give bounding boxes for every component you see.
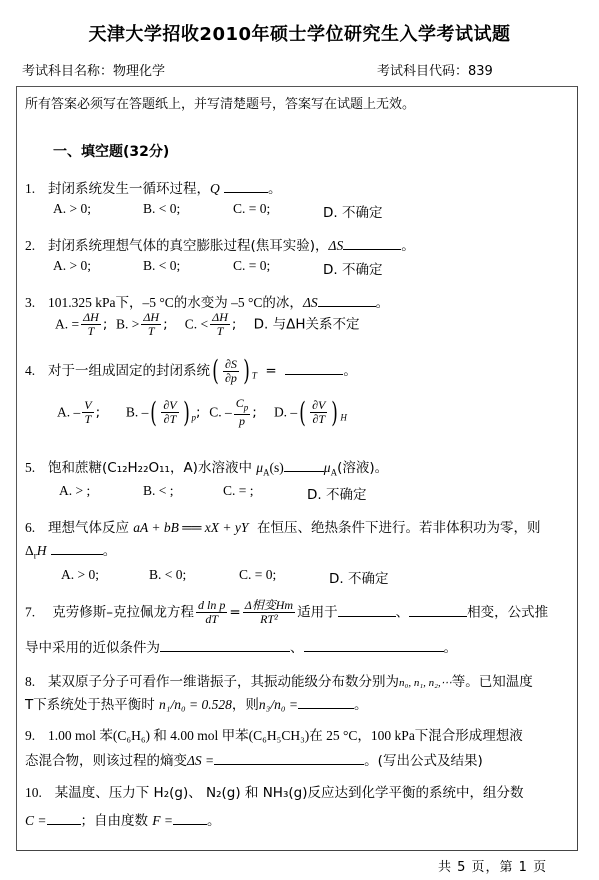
subject-name: 考试科目名称：物理化学: [22, 60, 165, 79]
question-4: 4. 对于一组成固定的封闭系统(∂S∂p)T = 。: [25, 357, 357, 385]
q6-option-c: C. = 0;: [239, 567, 276, 583]
answer-blank[interactable]: [47, 811, 81, 825]
answer-blank[interactable]: [224, 179, 268, 193]
q2-option-b: B. < 0;: [143, 258, 180, 274]
answer-blank[interactable]: [214, 751, 364, 765]
q2-option-d: D. 不确定: [323, 258, 382, 278]
answer-blank[interactable]: [409, 603, 467, 617]
q1-option-c: C. = 0;: [233, 201, 270, 217]
question-2: 2. 封闭系统理想气体的真空膨胀过程(焦耳实验)，ΔS。: [25, 234, 415, 254]
answer-blank[interactable]: [298, 695, 354, 709]
answer-blank[interactable]: [304, 638, 444, 652]
page-indicator: 共 5 页，第 1 页: [438, 856, 547, 875]
answer-blank[interactable]: [338, 603, 396, 617]
question-3: 3. 101.325 kPa下，–5 °C的水变为 –5 °C的冰，ΔS。: [25, 291, 389, 311]
q6-option-a: A. > 0;: [61, 567, 99, 583]
question-10-cont: C =；自由度数 F =。: [25, 809, 221, 829]
question-9: 9. 1.00 mol 苯(C₆H₆) 和 4.00 mol 甲苯(C₆H₅CH…: [25, 724, 523, 744]
q6-option-d: D. 不确定: [329, 567, 388, 587]
notice: 所有答案必须写在答题纸上，并写清楚题号，答案写在试题上无效。: [25, 93, 415, 112]
answer-blank[interactable]: [343, 236, 401, 250]
answer-blank[interactable]: [285, 361, 343, 375]
question-9-cont: 态混合物，则该过程的熵变ΔS =。(写出公式及结果): [25, 749, 483, 769]
question-8-cont: T下系统处于热平衡时 n₁/n₀ = 0.528，则n₃/n₀ =。: [25, 693, 368, 713]
q3-options: A. =ΔHT; B. >ΔHT; C. <ΔHT; D. 与ΔH关系不定: [55, 311, 359, 338]
answer-blank[interactable]: [284, 458, 324, 472]
answer-blank[interactable]: [173, 811, 207, 825]
q2-option-c: C. = 0;: [233, 258, 270, 274]
subject-code: 考试科目代码：839: [377, 60, 493, 79]
question-5: 5. 饱和蔗糖(C₁₂H₂₂O₁₁，A)水溶液中 μA(s)μA(溶液)。: [25, 456, 388, 478]
exam-content-box: 所有答案必须写在答题纸上，并写清楚题号，答案写在试题上无效。 一、填空题(32分…: [16, 86, 578, 851]
exam-title: 天津大学招收2010年硕士学位研究生入学考试试题: [0, 20, 599, 46]
q1-option-a: A. > 0;: [53, 201, 91, 217]
question-8: 8. 某双原子分子可看作一维谐振子，其振动能级分布数分别为n₀, n₁, n₂,…: [25, 670, 533, 690]
q4-options: A. –VT; B. –(∂V∂T)p; C. –Cpp; D. –(∂V∂T)…: [57, 397, 347, 428]
answer-blank[interactable]: [160, 638, 290, 652]
question-6-cont: ΔrH 。: [25, 539, 116, 561]
q5-option-b: B. < ;: [143, 483, 174, 499]
q2-option-a: A. > 0;: [53, 258, 91, 274]
question-6: 6. 理想气体反应 aA + bB ══ xX + yY 在恒压、绝热条件下进行…: [25, 516, 540, 536]
q5-option-a: A. > ;: [59, 483, 90, 499]
q1-option-d: D. 不确定: [323, 201, 382, 221]
answer-blank[interactable]: [318, 293, 376, 307]
question-10: 10. 某温度、压力下 H₂(g)、 N₂(g) 和 NH₃(g)反应达到化学平…: [25, 781, 523, 801]
question-1: 1. 封闭系统发生一循环过程，Q 。: [25, 177, 282, 197]
section-title: 一、填空题(32分): [53, 141, 169, 161]
q6-option-b: B. < 0;: [149, 567, 186, 583]
q1-option-b: B. < 0;: [143, 201, 180, 217]
question-7: 7. 克劳修斯–克拉佩龙方程d ln pdT=Δ相变HmRT²适用于、相变，公式…: [25, 599, 548, 626]
q5-option-c: C. = ;: [223, 483, 254, 499]
answer-blank[interactable]: [51, 541, 103, 555]
question-7-cont: 导中采用的近似条件为、。: [25, 636, 457, 656]
q5-option-d: D. 不确定: [307, 483, 366, 503]
